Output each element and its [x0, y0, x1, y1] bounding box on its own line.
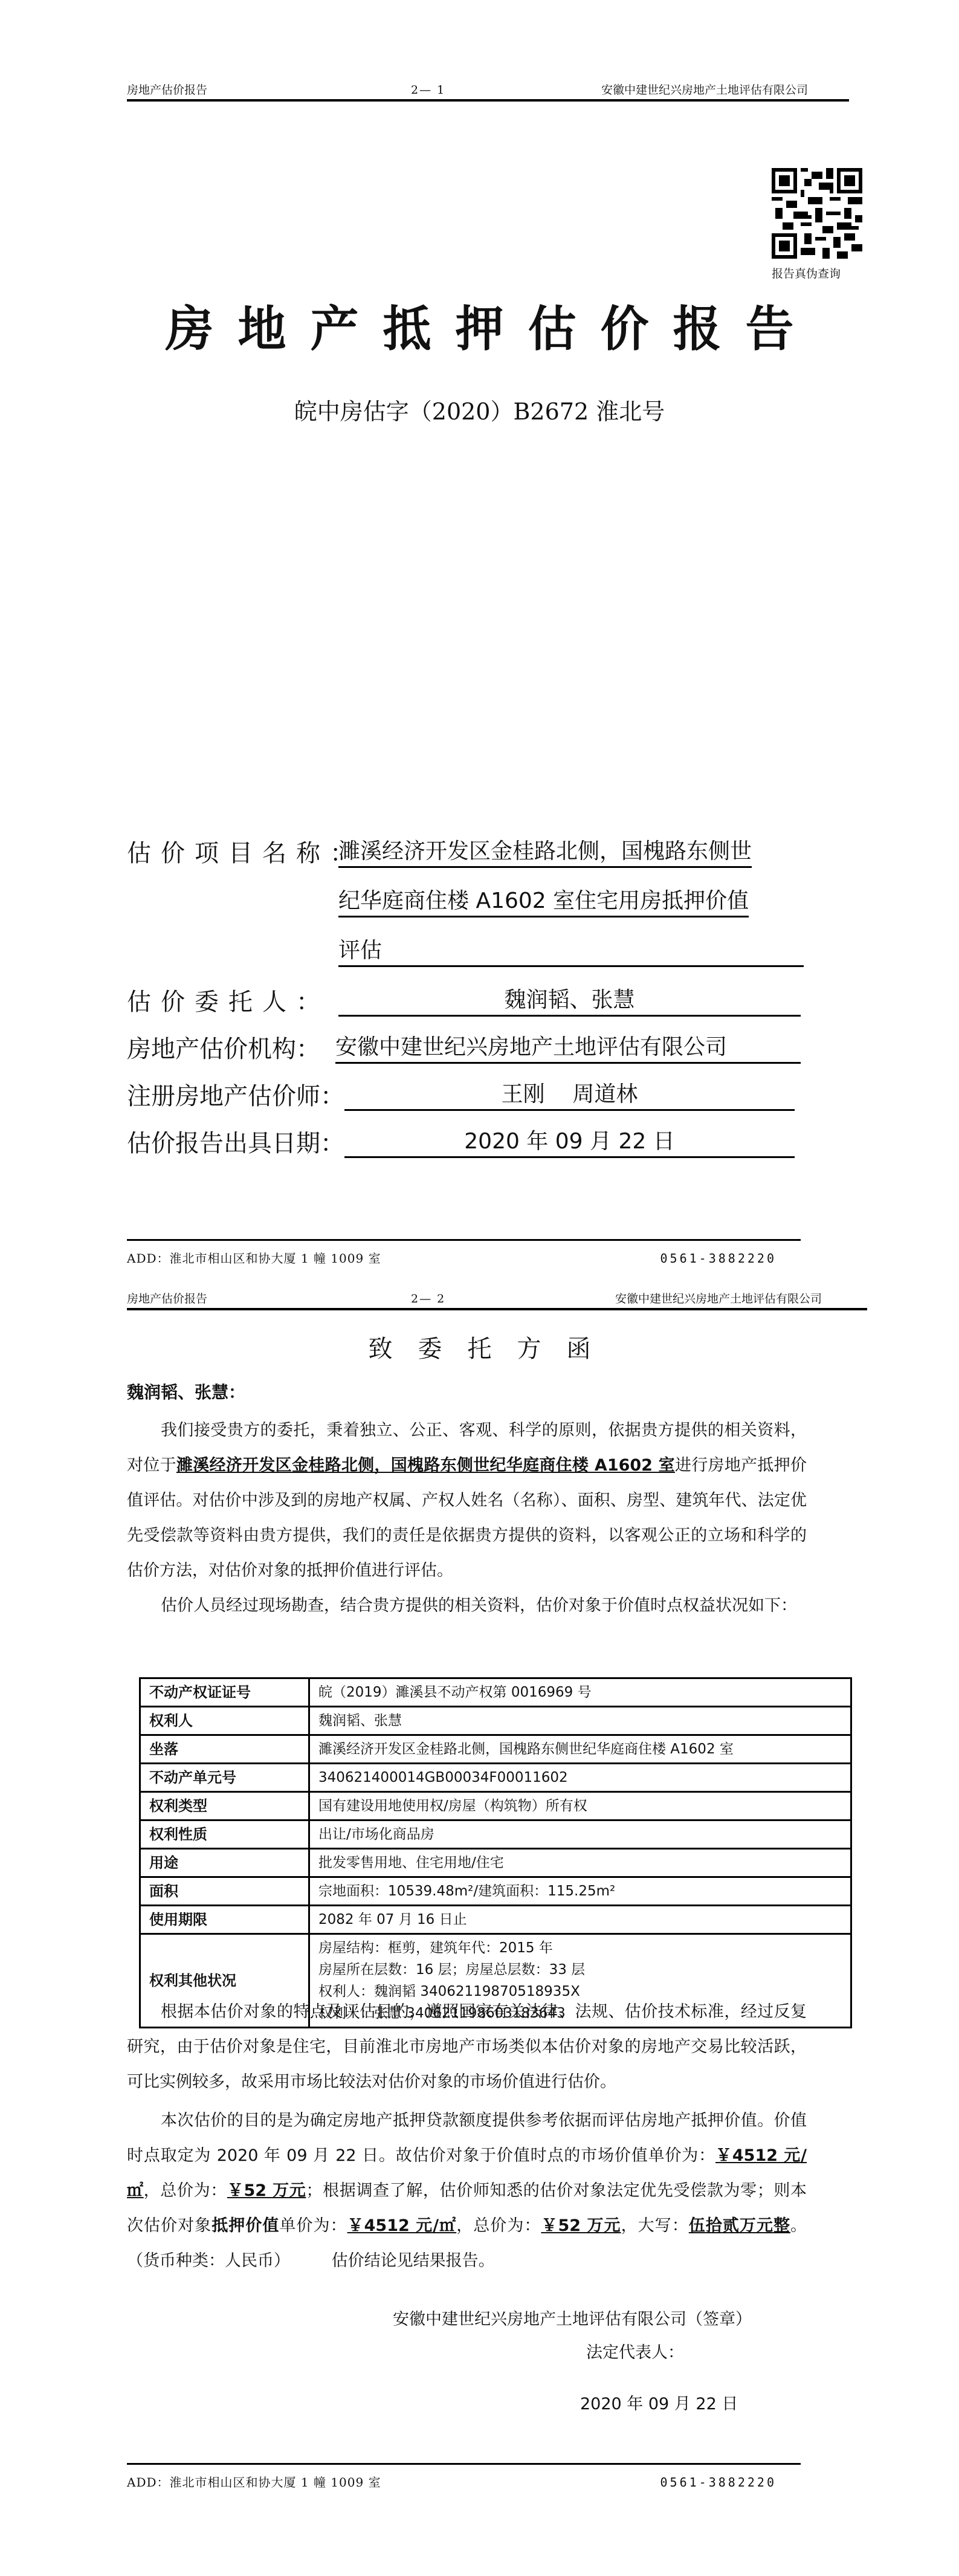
para-text: ，总价为： — [456, 2216, 541, 2235]
letter-para-4: 本次估价的目的是为确定房地产抵押贷款额度提供参考依据而评估房地产抵押价值。价值时… — [127, 2103, 807, 2279]
row-value: 宗地面积：10539.48m²/建筑面积：115.25m² — [309, 1877, 851, 1906]
letter-addressee: 魏润韬、张慧： — [127, 1379, 245, 1403]
table-row: 使用期限2082 年 07 月 16 日止 — [140, 1906, 851, 1934]
field-project-name-cont: 纪华庭商住楼 A1602 室住宅用房抵押价值 — [127, 884, 816, 920]
row-key: 不动产权证证号 — [140, 1678, 309, 1707]
row-key: 不动产单元号 — [140, 1764, 309, 1792]
field-value: 魏润韬、张慧 — [338, 983, 801, 1017]
value-line: 房屋结构：框剪，建筑年代：2015 年 — [318, 1937, 842, 1959]
value-line: 340621400014GB00034F00011602 — [318, 1767, 842, 1788]
report-title: 房地产抵押估价报告 — [0, 290, 959, 360]
footer-rule — [127, 1239, 801, 1241]
field-client: 估价委托人： 魏润韬、张慧 — [127, 983, 816, 1019]
value-line: 魏润韬、张慧 — [318, 1710, 842, 1732]
header-report-type: 房地产估价报告 — [127, 1292, 207, 1306]
mortgage-total-price: ￥52 万元 — [541, 2216, 621, 2235]
header-page-number: 2— 1 — [411, 83, 445, 97]
page1-running-header: 房地产估价报告 2— 1 安徽中建世纪兴房地产土地评估有限公司 — [127, 83, 849, 102]
para-text: 本次估价的目的是为确定房地产抵押贷款额度提供参考依据而评估房地产抵押价值。价值时… — [127, 2111, 807, 2165]
footer-phone: 0561-3882220 — [660, 1251, 777, 1266]
field-value-line: 评估 — [338, 933, 804, 967]
rights-table: 不动产权证证号皖（2019）濉溪县不动产权第 0016969 号 权利人魏润韬、… — [139, 1677, 852, 2028]
footer-address: ADD：淮北市相山区和协大厦 1 幢 1009 室 — [127, 1251, 381, 1266]
field-agency: 房地产估价机构： 安徽中建世纪兴房地产土地评估有限公司 — [127, 1030, 816, 1066]
footer-address: ADD：淮北市相山区和协大厦 1 幢 1009 室 — [127, 2475, 381, 2490]
market-total-price: ￥52 万元 — [227, 2181, 306, 2200]
value-line: 宗地面积：10539.48m²/建筑面积：115.25m² — [318, 1880, 842, 1902]
value-line: 皖（2019）濉溪县不动产权第 0016969 号 — [318, 1681, 842, 1703]
field-value: 王刚 周道林 — [344, 1077, 795, 1111]
row-value: 批发零售用地、住宅用地/住宅 — [309, 1849, 851, 1877]
letter-para-3: 根据本估价对象的特点及评估目的，遵照国家有关法律、法规、估价技术标准，经过反复研… — [127, 1995, 807, 2100]
property-location: 濉溪经济开发区金桂路北侧，国槐路东侧世纪华庭商住楼 A1602 室 — [176, 1456, 675, 1475]
signature-date: 2020 年 09 月 22 日 — [580, 2390, 738, 2414]
row-key: 权利类型 — [140, 1792, 309, 1820]
field-label: 房地产估价机构： — [127, 1030, 320, 1064]
table-row: 用途批发零售用地、住宅用地/住宅 — [140, 1849, 851, 1877]
row-key: 坐落 — [140, 1735, 309, 1764]
field-value-line: 纪华庭商住楼 A1602 室住宅用房抵押价值 — [338, 884, 749, 917]
table-row: 权利类型国有建设用地使用权/房屋（构筑物）所有权 — [140, 1792, 851, 1820]
table-row: 坐落濉溪经济开发区金桂路北侧，国槐路东侧世纪华庭商住楼 A1602 室 — [140, 1735, 851, 1764]
row-value: 魏润韬、张慧 — [309, 1707, 851, 1735]
row-value: 皖（2019）濉溪县不动产权第 0016969 号 — [309, 1678, 851, 1707]
value-line: 濉溪经济开发区金桂路北侧，国槐路东侧世纪华庭商住楼 A1602 室 — [318, 1738, 842, 1760]
qr-label: 报告真伪查询 — [772, 265, 841, 281]
field-label: 注册房地产估价师： — [127, 1077, 344, 1112]
field-value-line: 濉溪经济开发区金桂路北侧，国槐路东侧世 — [338, 834, 752, 868]
row-key: 用途 — [140, 1849, 309, 1877]
para-text: 单价为： — [279, 2216, 347, 2235]
row-value: 2082 年 07 月 16 日止 — [309, 1906, 851, 1934]
header-company: 安徽中建世纪兴房地产土地评估有限公司 — [615, 1292, 822, 1306]
header-report-type: 房地产估价报告 — [127, 83, 207, 97]
para-text: ，总价为： — [144, 2181, 227, 2200]
table-row: 面积宗地面积：10539.48m²/建筑面积：115.25m² — [140, 1877, 851, 1906]
letter-para-2: 估价人员经过现场勘查，结合贵方提供的相关资料，估价对象于价值时点权益状况如下： — [127, 1588, 807, 1623]
page2-running-header: 房地产估价报告 2— 2 安徽中建世纪兴房地产土地评估有限公司 — [127, 1292, 867, 1310]
row-value: 340621400014GB00034F00011602 — [309, 1764, 851, 1792]
para-text: ，大写： — [621, 2216, 689, 2235]
value-line: 房屋所在层数：16 层；房屋总层数：33 层 — [318, 1959, 842, 1981]
field-value: 安徽中建世纪兴房地产土地评估有限公司 — [335, 1030, 801, 1064]
row-key: 使用期限 — [140, 1906, 309, 1934]
row-key: 面积 — [140, 1877, 309, 1906]
para-text: 估价人员经过现场勘查，结合贵方提供的相关资料，估价对象于价值时点权益状况如下： — [127, 1588, 807, 1623]
signature-representative: 法定代表人： — [586, 2339, 684, 2363]
value-line: 批发零售用地、住宅用地/住宅 — [318, 1852, 842, 1874]
table-row: 不动产单元号340621400014GB00034F00011602 — [140, 1764, 851, 1792]
signature-company: 安徽中建世纪兴房地产土地评估有限公司（签章） — [393, 2306, 752, 2329]
page1-running-footer: ADD：淮北市相山区和协大厦 1 幢 1009 室 0561-3882220 — [127, 1239, 801, 1241]
header-company: 安徽中建世纪兴房地产土地评估有限公司 — [601, 83, 808, 97]
value-line: 国有建设用地使用权/房屋（构筑物）所有权 — [318, 1795, 842, 1817]
field-label: 估价委托人： — [127, 983, 330, 1017]
qr-code-icon — [772, 168, 862, 259]
field-value: 2020 年 09 月 22 日 — [344, 1124, 795, 1158]
page2-running-footer: ADD：淮北市相山区和协大厦 1 幢 1009 室 0561-3882220 — [127, 2463, 801, 2465]
row-key: 权利性质 — [140, 1820, 309, 1849]
row-key: 权利人 — [140, 1707, 309, 1735]
field-project-name-cont: 评估 — [127, 933, 816, 969]
value-line: 2082 年 07 月 16 日止 — [318, 1909, 842, 1930]
row-value: 濉溪经济开发区金桂路北侧，国槐路东侧世纪华庭商住楼 A1602 室 — [309, 1735, 851, 1764]
report-number: 皖中房估字（2020）B2672 淮北号 — [0, 393, 959, 426]
row-value: 出让/市场化商品房 — [309, 1820, 851, 1849]
field-issue-date: 估价报告出具日期： 2020 年 09 月 22 日 — [127, 1124, 816, 1160]
row-value: 国有建设用地使用权/房屋（构筑物）所有权 — [309, 1792, 851, 1820]
field-appraisers: 注册房地产估价师： 王刚 周道林 — [127, 1077, 816, 1113]
value-line: 出让/市场化商品房 — [318, 1824, 842, 1845]
field-label: 估价报告出具日期： — [127, 1124, 344, 1159]
field-label: 估价项目名称： — [127, 834, 364, 869]
footer-rule — [127, 2463, 801, 2465]
table-row: 权利人魏润韬、张慧 — [140, 1707, 851, 1735]
mortgage-unit-price: ￥4512 元/㎡ — [347, 2216, 457, 2235]
letter-title: 致委托方函 — [0, 1330, 959, 1364]
letter-para-1: 我们接受贵方的委托，秉着独立、公正、客观、科学的原则，依据贵方提供的相关资料，对… — [127, 1413, 807, 1588]
table-row: 权利性质出让/市场化商品房 — [140, 1820, 851, 1849]
para-text: 根据本估价对象的特点及评估目的，遵照国家有关法律、法规、估价技术标准，经过反复研… — [127, 1995, 807, 2100]
field-project-name: 估价项目名称： 濉溪经济开发区金桂路北侧，国槐路东侧世 — [127, 834, 816, 870]
mortgage-value-label: 抵押价值 — [211, 2216, 279, 2235]
amount-in-words: 伍拾贰万元整 — [689, 2216, 790, 2235]
table-row: 不动产权证证号皖（2019）濉溪县不动产权第 0016969 号 — [140, 1678, 851, 1707]
footer-phone: 0561-3882220 — [660, 2475, 777, 2490]
header-page-number: 2— 2 — [411, 1292, 445, 1306]
